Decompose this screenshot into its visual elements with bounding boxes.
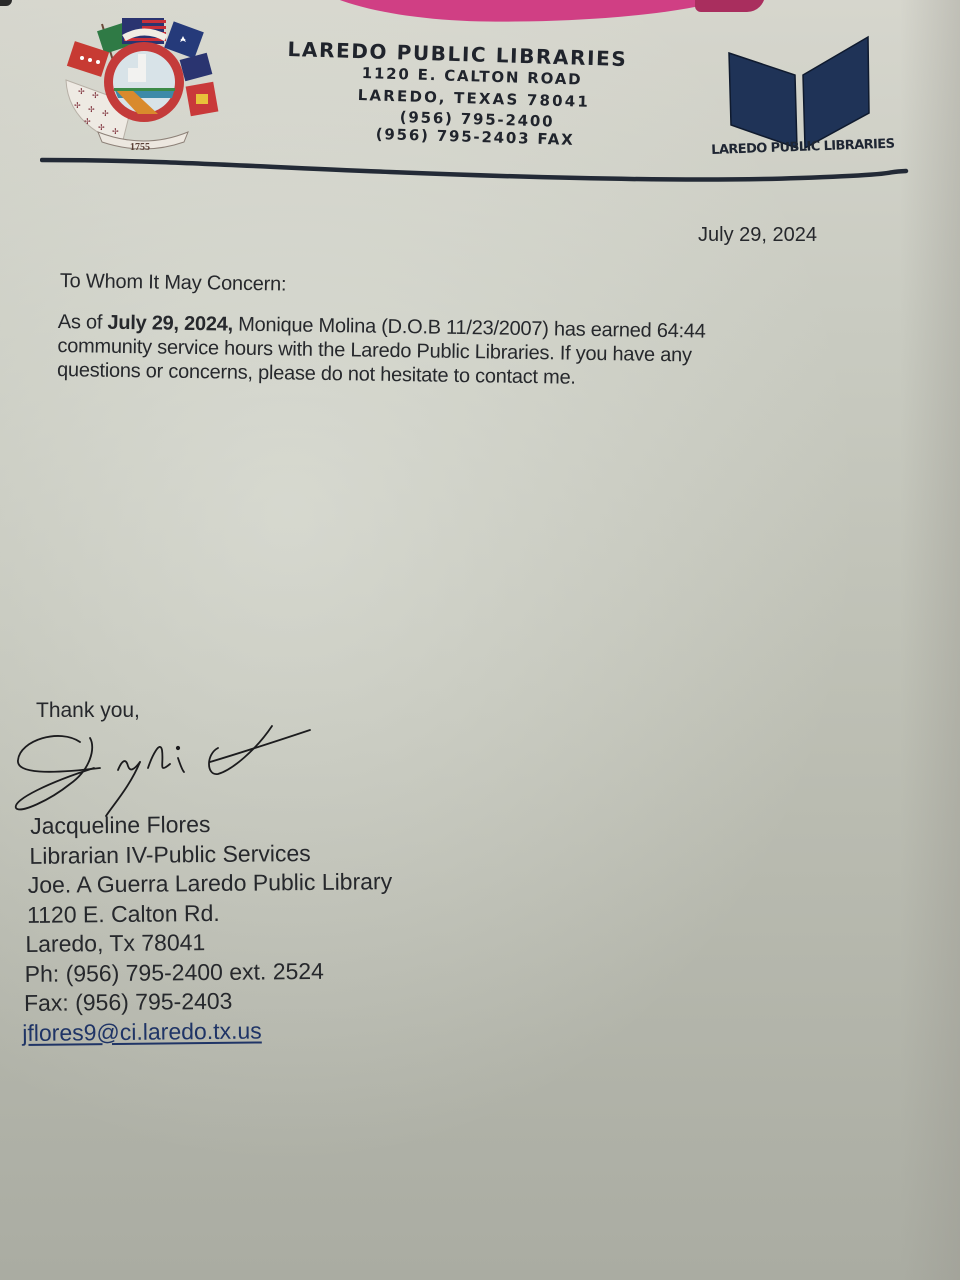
signer-phone: Ph: (956) 795-2400 ext. 2524 <box>22 956 394 989</box>
signer-email-link[interactable]: jflores9@ci.laredo.tx.us <box>22 1015 394 1048</box>
svg-text:✢: ✢ <box>88 105 95 114</box>
city-seal-icon: ✢✢✢ ✢✢✢ ✢✢ <box>62 14 222 159</box>
open-book-logo-icon <box>725 35 875 150</box>
letter-paper <box>0 0 960 1280</box>
letterhead-divider <box>40 152 910 192</box>
body-bold-date: July 29, 2024, <box>107 312 233 336</box>
signer-fax: Fax: (956) 795-2403 <box>22 985 394 1018</box>
pink-folder-fold <box>695 0 765 12</box>
paper-shadow <box>900 0 960 1280</box>
signature-block: Jacqueline Flores Librarian IV-Public Se… <box>20 808 394 1048</box>
handwritten-signature-icon <box>10 720 320 820</box>
signer-street: 1120 E. Calton Rd. <box>21 897 393 930</box>
signer-library: Joe. A Guerra Laredo Public Library <box>21 867 393 900</box>
svg-text:✢: ✢ <box>112 127 119 136</box>
signer-name: Jacqueline Flores <box>20 808 392 841</box>
letter-date: July 29, 2024 <box>698 224 817 247</box>
svg-text:✢: ✢ <box>78 87 85 96</box>
svg-text:✢: ✢ <box>92 91 99 100</box>
salutation: To Whom It May Concern: <box>60 270 287 297</box>
svg-text:✢: ✢ <box>84 117 91 126</box>
letter-body: As of July 29, 2024, Monique Molina (D.O… <box>57 310 706 392</box>
signer-title: Librarian IV-Public Services <box>20 838 392 871</box>
svg-text:✢: ✢ <box>98 123 105 132</box>
body-prefix: As of <box>58 311 108 334</box>
signer-city: Laredo, Tx 78041 <box>21 926 393 959</box>
svg-text:✢: ✢ <box>102 109 109 118</box>
svg-text:✢: ✢ <box>74 101 81 110</box>
